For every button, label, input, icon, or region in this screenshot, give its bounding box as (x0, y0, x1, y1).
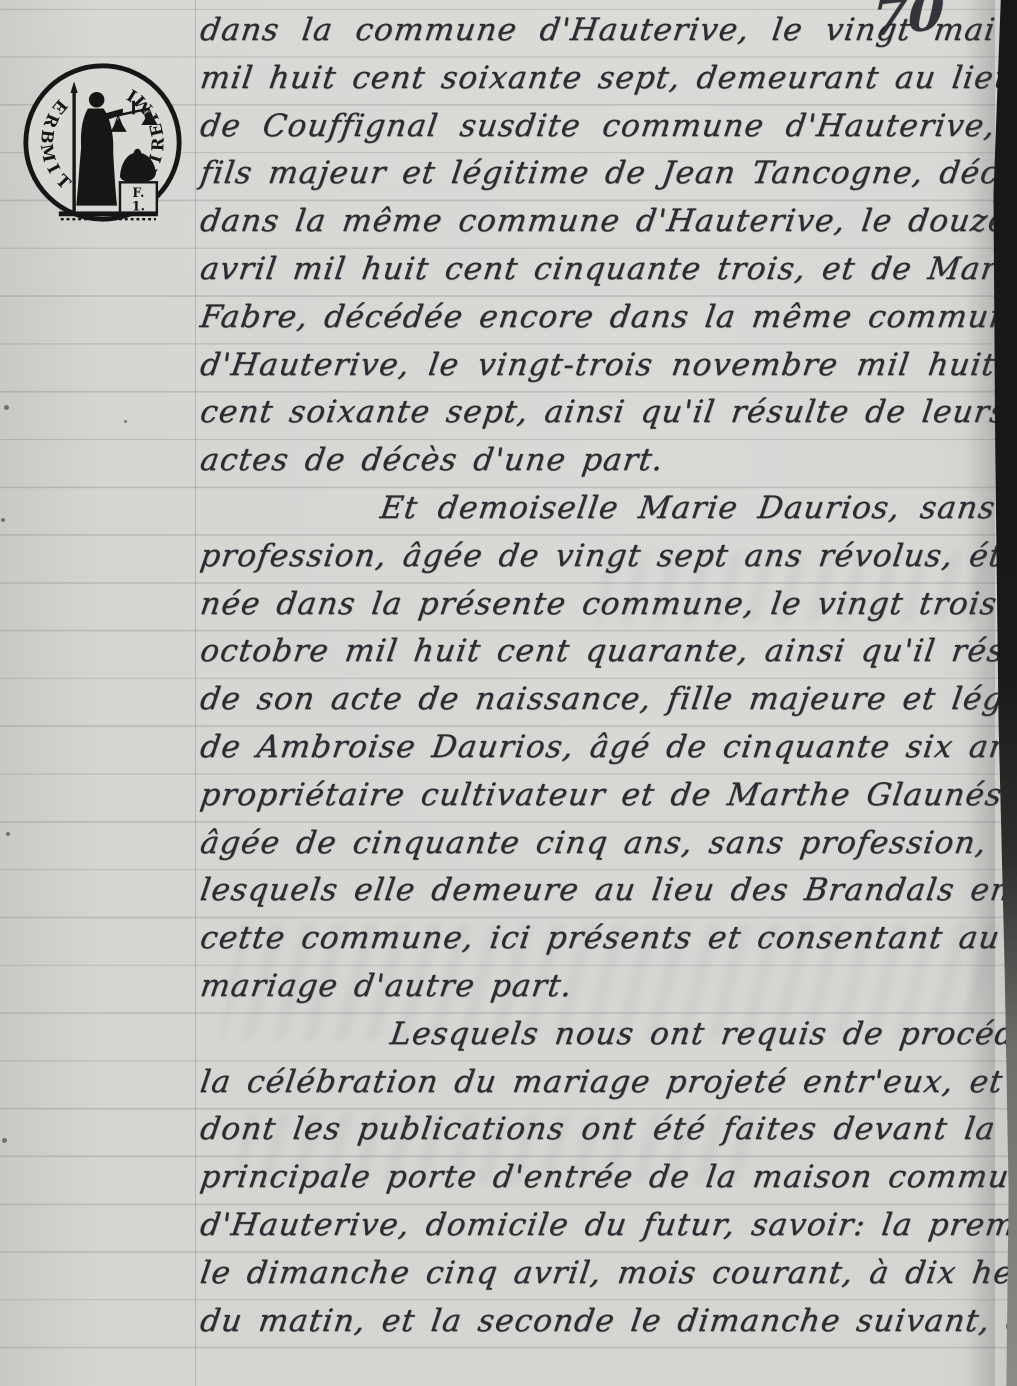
manuscript-line: Fabre, décédée encore dans la même commu… (197, 294, 999, 342)
manuscript-line: mil huit cent soixante sept, demeurant a… (197, 55, 999, 103)
manuscript-line: octobre mil huit cent quarante, ainsi qu… (197, 628, 999, 676)
manuscript-line: d'Hauterive, le vingt-trois novembre mil… (197, 342, 999, 390)
paper-speck (1, 518, 5, 522)
timbre-imperial-stamp: TIMBRE IMPERIAL. F (20, 60, 185, 225)
paper-speck (2, 1138, 7, 1143)
manuscript-line: cent soixante sept, ainsi qu'il résulte … (197, 389, 999, 437)
manuscript-line: d'Hauterive, domicile du futur, savoir: … (197, 1202, 999, 1250)
scanned-register-page: 70 TIMBRE IMPERIAL. (0, 0, 1017, 1386)
paper-speck (6, 832, 10, 836)
manuscript-line: dont les publications ont été faites dev… (197, 1106, 999, 1154)
manuscript-line: fils majeur et légitime de Jean Tancogne… (197, 150, 999, 198)
manuscript-line: le dimanche cinq avril, mois courant, à … (197, 1250, 999, 1298)
manuscript-line: propriétaire cultivateur et de Marthe Gl… (197, 772, 999, 820)
paper-speck (124, 420, 127, 423)
manuscript-line: profession, âgée de vingt sept ans révol… (197, 533, 999, 581)
manuscript-line: née dans la présente commune, le vingt t… (197, 581, 999, 629)
manuscript-line: principale porte d'entrée de la maison c… (197, 1154, 999, 1202)
manuscript-line: la célébration du mariage projeté entr'e… (197, 1059, 999, 1107)
manuscript-line: avril mil huit cent cinquante trois, et … (197, 246, 999, 294)
manuscript-line: de Ambroise Daurios, âgé de cinquante si… (197, 724, 999, 772)
justice-staff (72, 93, 75, 211)
manuscript-line: dans la commune d'Hauterive, le vingt ma… (197, 7, 999, 55)
pedestal-number-1: 1. (132, 198, 145, 213)
manuscript-line: Et demoiselle Marie Daurios, sans (197, 485, 999, 533)
manuscript-line: lesquels elle demeure au lieu des Branda… (197, 867, 999, 915)
manuscript-line: de son acte de naissance, fille majeure … (197, 676, 999, 724)
manuscript-line: cette commune, ici présents et consentan… (197, 915, 999, 963)
svg-text:R: R (148, 137, 167, 152)
manuscript-line: dans la même commune d'Hauterive, le dou… (197, 198, 999, 246)
stamp-ground (59, 211, 158, 216)
svg-text:M: M (37, 142, 59, 164)
manuscript-line: actes de décès d'une part. (197, 437, 999, 485)
manuscript-text-block: dans la commune d'Hauterive, le vingt ma… (197, 7, 992, 1345)
margin-rule (195, 0, 196, 1386)
manuscript-line: du matin, et la seconde le dimanche suiv… (197, 1298, 999, 1346)
paper-speck (4, 405, 9, 410)
manuscript-line: Lesquels nous ont requis de procéder à (197, 1011, 999, 1059)
svg-text:B: B (37, 129, 57, 145)
justice-head (89, 92, 105, 108)
manuscript-line: de Couffignal susdite commune d'Hauteriv… (197, 103, 999, 151)
manuscript-line: mariage d'autre part. (197, 963, 999, 1011)
manuscript-line: âgée de cinquante cinq ans, sans profess… (197, 820, 999, 868)
